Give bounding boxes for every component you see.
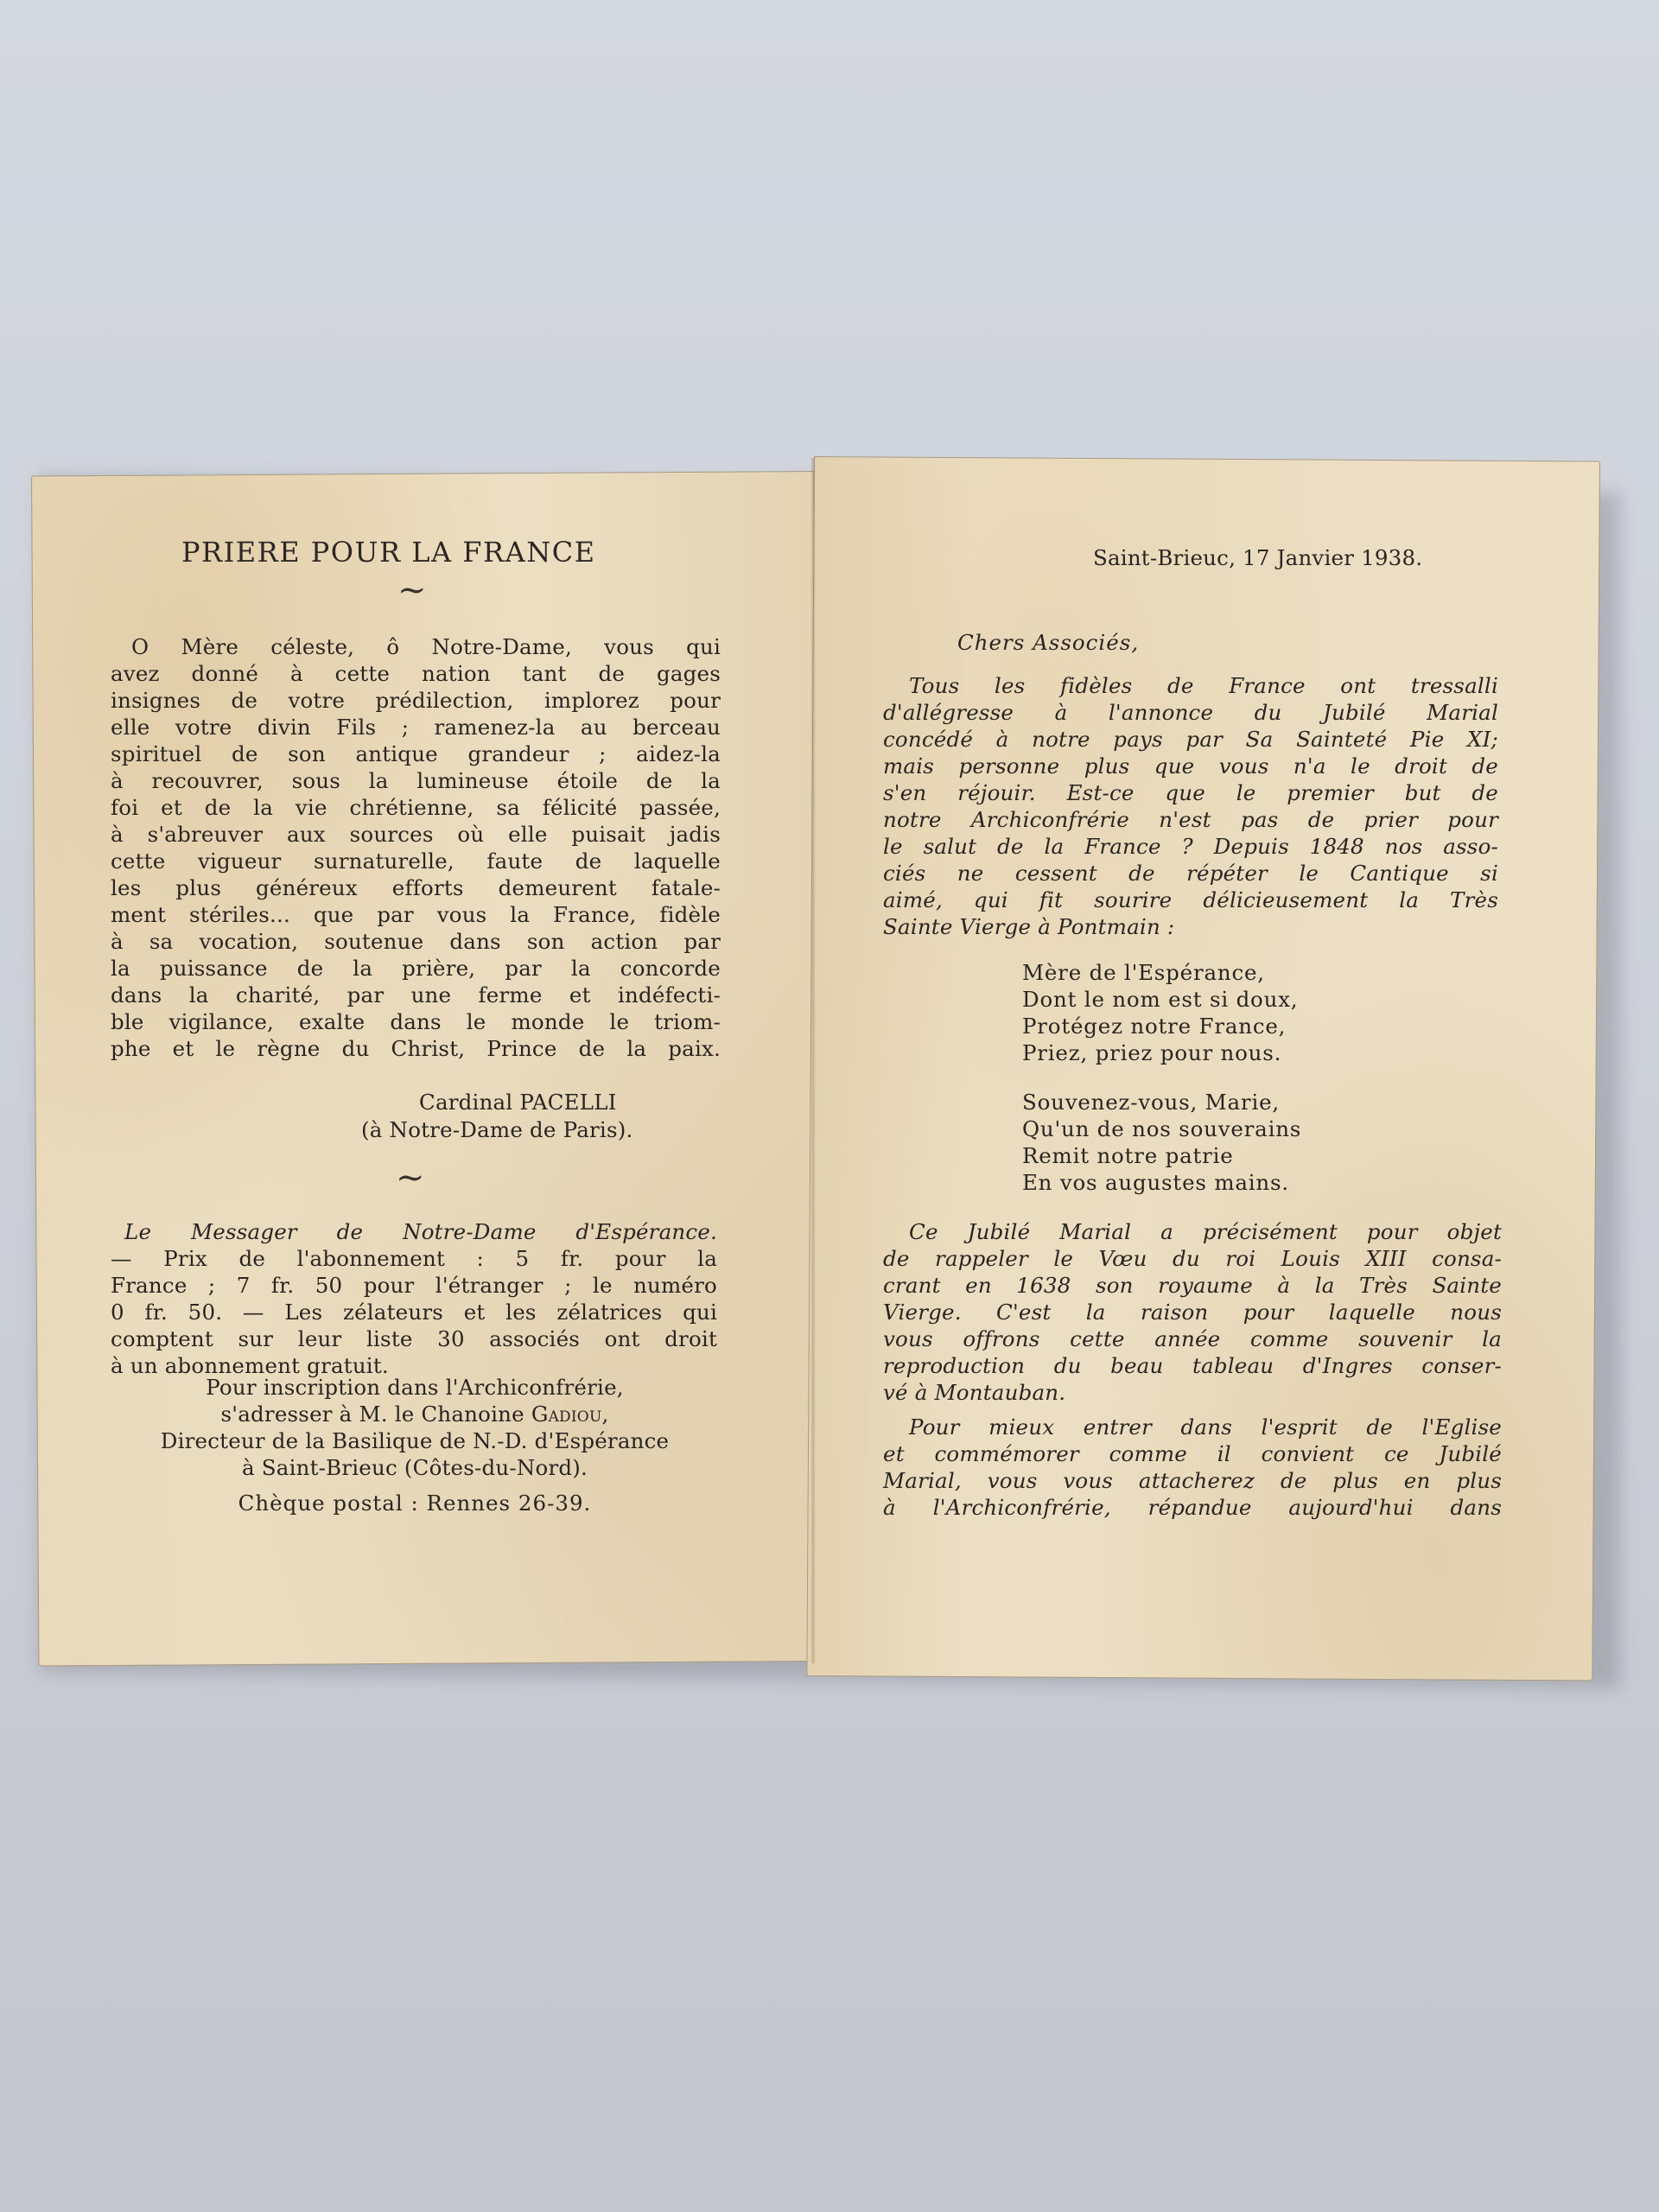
letter-line: concédé à notre pays par Sa Sainteté Pie… [883,726,1498,753]
letter-line: notre Archiconfrérie n'est pas de prier … [883,806,1498,833]
letter-line: vous offrons cette année comme souvenir … [883,1325,1502,1352]
cheque-postal: Chèque postal : Rennes 26-39. [104,1490,726,1516]
ornament-tilde: ~ [397,570,427,610]
hymn-line: Souvenez-vous, Marie, [1022,1089,1301,1116]
inscription-text: , [601,1402,608,1427]
messager-line: comptent sur leur liste 30 associés ont … [111,1325,717,1352]
letter-line: aimé, qui fit sourire délicieusement la … [883,887,1498,913]
signature-name: Cardinal PACELLI [419,1089,617,1116]
messager-title: Le Messager de Notre-Dame d'Espérance. [111,1218,717,1245]
letter-line: le salut de la France ? Depuis 1848 nos … [883,833,1498,860]
prayer-line: O Mère céleste, ô Notre-Dame, vous qui [111,633,721,660]
center-fold [810,458,816,1663]
inscription-line: Directeur de la Basilique de N.-D. d'Esp… [104,1427,726,1454]
prayer-line: spirituel de son antique grandeur ; aide… [111,741,721,767]
prayer-text: O Mère céleste, ô Notre-Dame, vous qui a… [111,633,721,1062]
hymn-line: Remit notre patrie [1022,1142,1301,1169]
letter-paragraph-2: Ce Jubilé Marial a précisément pour obje… [883,1218,1502,1406]
messager-line: France ; 7 fr. 50 pour l'étranger ; le n… [111,1272,717,1299]
prayer-line: insignes de votre prédilection, implorez… [111,687,721,714]
prayer-line: foi et de la vie chrétienne, sa félicité… [111,794,721,821]
letter-line: reproduction du beau tableau d'Ingres co… [883,1352,1502,1379]
hymn-line: Mère de l'Espérance, [1022,959,1298,986]
letter-line: mais personne plus que vous n'a le droit… [883,753,1498,779]
hymn-stanza-1: Mère de l'Espérance, Dont le nom est si … [1022,959,1298,1066]
prayer-line: ment stériles... que par vous la France,… [111,901,721,928]
inscription-line: s'adresser à M. le Chanoine Gadiou, [104,1401,726,1427]
letter-line: d'allégresse à l'annonce du Jubilé Maria… [883,699,1498,726]
inscription-line: Pour inscription dans l'Archiconfrérie, [104,1374,726,1401]
letter-line: crant en 1638 son royaume à la Très Sain… [883,1272,1502,1299]
prayer-line: phe et le règne du Christ, Prince de la … [111,1035,721,1062]
letter-line: Sainte Vierge à Pontmain : [883,913,1498,940]
prayer-line: à s'abreuver aux sources où elle puisait… [111,821,721,848]
chanoine-name: Gadiou [531,1402,602,1427]
letter-line: ciés ne cessent de répéter le Cantique s… [883,860,1498,887]
letter-paragraph-1: Tous les fidèles de France ont tressalli… [883,672,1498,940]
hymn-line: Protégez notre France, [1022,1013,1298,1039]
hymn-line: Dont le nom est si doux, [1022,986,1298,1013]
letter-line: Tous les fidèles de France ont tressalli [883,672,1498,699]
hymn-line: En vos augustes mains. [1022,1169,1301,1196]
letter-line: Vierge. C'est la raison pour laquelle no… [883,1299,1502,1325]
inscription-text: s'adresser à M. le Chanoine [221,1402,531,1427]
letter-line: Pour mieux entrer dans l'esprit de l'Egl… [883,1414,1502,1440]
letter-line: Ce Jubilé Marial a précisément pour obje… [883,1218,1502,1245]
prayer-line: cette vigueur surnaturelle, faute de laq… [111,848,721,874]
letter-line: et commémorer comme il convient ce Jubil… [883,1440,1502,1467]
messager-block: Le Messager de Notre-Dame d'Espérance. —… [111,1218,717,1379]
prayer-line: à sa vocation, soutenue dans son action … [111,928,721,955]
dateline: Saint-Brieuc, 17 Janvier 1938. [1093,544,1422,571]
prayer-title: PRIERE POUR LA FRANCE [181,536,596,569]
letter-paragraph-3: Pour mieux entrer dans l'esprit de l'Egl… [883,1414,1502,1521]
prayer-line: avez donné à cette nation tant de gages [111,660,721,687]
ornament-tilde-2: ~ [396,1158,425,1198]
messager-line: 0 fr. 50. — Les zélateurs et les zélatri… [111,1299,717,1325]
prayer-line: dans la charité, par une ferme et indéfe… [111,982,721,1008]
prayer-line: à recouvrer, sous la lumineuse étoile de… [111,767,721,794]
prayer-line: les plus généreux efforts demeurent fata… [111,874,721,901]
letter-line: à l'Archiconfrérie, répandue aujourd'hui… [883,1494,1502,1521]
letter-line: vé à Montauban. [883,1379,1502,1406]
inscription-line: à Saint-Brieuc (Côtes-du-Nord). [104,1454,726,1481]
hymn-stanza-2: Souvenez-vous, Marie, Qu'un de nos souve… [1022,1089,1301,1196]
prayer-line: ble vigilance, exalte dans le monde le t… [111,1008,721,1035]
letter-line: s'en réjouir. Est-ce que le premier but … [883,779,1498,806]
letter-line: Marial, vous vous attacherez de plus en … [883,1467,1502,1494]
signature-place: (à Notre-Dame de Paris). [361,1116,632,1143]
salutation: Chers Associés, [957,629,1139,656]
inscription-block: Pour inscription dans l'Archiconfrérie, … [104,1374,726,1516]
messager-line: — Prix de l'abonnement : 5 fr. pour la [111,1245,717,1272]
hymn-line: Priez, priez pour nous. [1022,1039,1298,1066]
prayer-line: elle votre divin Fils ; ramenez-la au be… [111,714,721,741]
letter-line: de rappeler le Vœu du roi Louis XIII con… [883,1245,1502,1272]
prayer-line: la puissance de la prière, par la concor… [111,955,721,982]
hymn-line: Qu'un de nos souverains [1022,1116,1301,1142]
